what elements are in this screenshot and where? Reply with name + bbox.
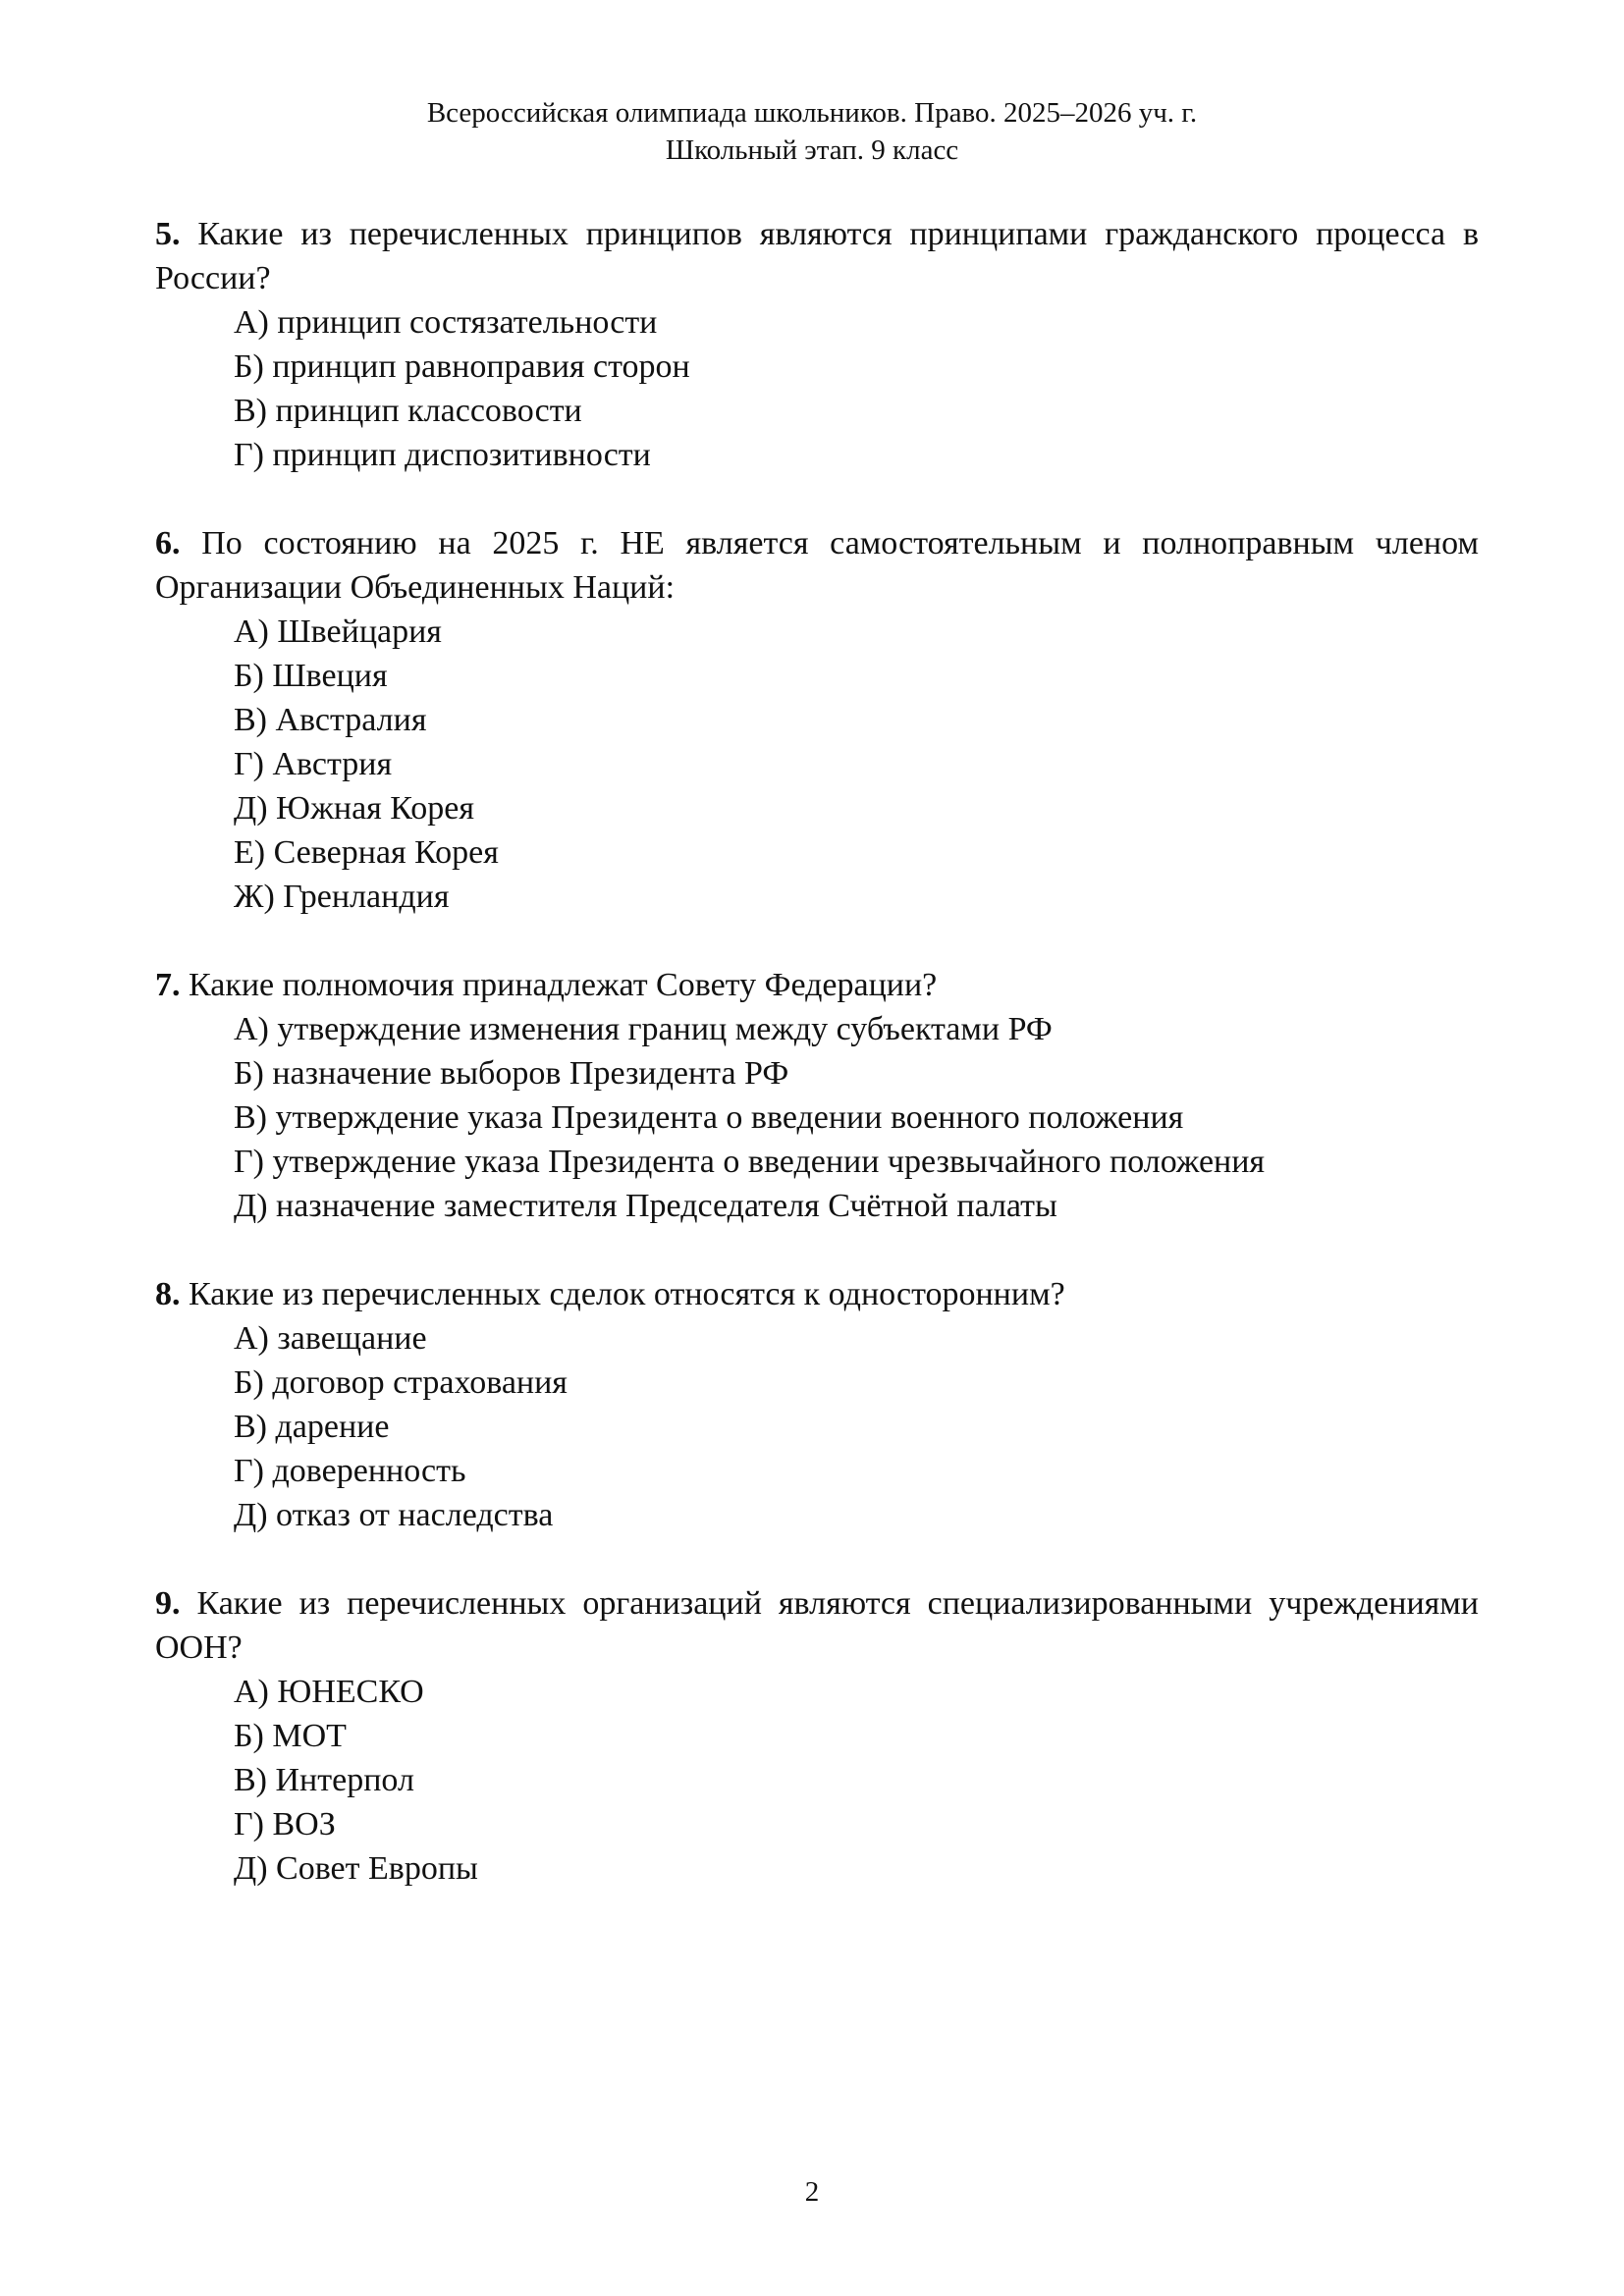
answer-option: Г) доверенность (234, 1449, 1479, 1493)
answer-option: В) принцип классовости (234, 389, 1479, 433)
answer-option: Б) МОТ (234, 1714, 1479, 1758)
answer-option: Д) Южная Корея (234, 786, 1479, 830)
answer-option: Д) Совет Европы (234, 1846, 1479, 1891)
answer-option: А) утверждение изменения границ между су… (234, 1007, 1479, 1051)
answer-options: А) Швейцария Б) Швеция В) Австралия Г) А… (155, 610, 1479, 919)
question-text: 6. По состоянию на 2025 г. НЕ является с… (155, 521, 1479, 610)
answer-option: Г) ВОЗ (234, 1802, 1479, 1846)
answer-option: А) Швейцария (234, 610, 1479, 654)
question-9: 9. Какие из перечисленных организаций яв… (155, 1581, 1479, 1891)
question-text: 5. Какие из перечисленных принципов явля… (155, 212, 1479, 300)
answer-option: В) Австралия (234, 698, 1479, 742)
answer-options: А) завещание Б) договор страхования В) д… (155, 1316, 1479, 1537)
question-number: 8. (155, 1276, 181, 1312)
answer-option: Г) принцип диспозитивности (234, 433, 1479, 477)
question-6: 6. По состоянию на 2025 г. НЕ является с… (155, 521, 1479, 919)
question-number: 6. (155, 525, 181, 561)
answer-option: Е) Северная Корея (234, 830, 1479, 875)
document-page: Всероссийская олимпиада школьников. Прав… (0, 0, 1624, 2296)
question-5: 5. Какие из перечисленных принципов явля… (155, 212, 1479, 477)
question-body: По состоянию на 2025 г. НЕ является само… (155, 525, 1479, 606)
header-stage-grade: Школьный этап. 9 класс (0, 132, 1624, 169)
question-text: 9. Какие из перечисленных организаций яв… (155, 1581, 1479, 1670)
answer-options: А) утверждение изменения границ между су… (155, 1007, 1479, 1228)
question-text: 8. Какие из перечисленных сделок относят… (155, 1272, 1479, 1316)
answer-option: Д) назначение заместителя Председателя С… (234, 1184, 1479, 1228)
answer-options: А) ЮНЕСКО Б) МОТ В) Интерпол Г) ВОЗ Д) С… (155, 1670, 1479, 1891)
page-number: 2 (0, 2174, 1624, 2210)
question-body: Какие полномочия принадлежат Совету Феде… (189, 967, 937, 1003)
answer-options: А) принцип состязательности Б) принцип р… (155, 300, 1479, 477)
question-text: 7. Какие полномочия принадлежат Совету Ф… (155, 963, 1479, 1007)
question-8: 8. Какие из перечисленных сделок относят… (155, 1272, 1479, 1537)
answer-option: Б) договор страхования (234, 1361, 1479, 1405)
answer-option: Б) назначение выборов Президента РФ (234, 1051, 1479, 1095)
answer-option: Б) Швеция (234, 654, 1479, 698)
question-number: 5. (155, 216, 181, 252)
answer-option: А) принцип состязательности (234, 300, 1479, 345)
answer-option: Г) Австрия (234, 742, 1479, 786)
answer-option: В) дарение (234, 1405, 1479, 1449)
answer-option: Д) отказ от наследства (234, 1493, 1479, 1537)
question-number: 7. (155, 967, 181, 1003)
answer-option: В) Интерпол (234, 1758, 1479, 1802)
answer-option: А) завещание (234, 1316, 1479, 1361)
answer-option: В) утверждение указа Президента о введен… (234, 1095, 1479, 1140)
answer-option: Ж) Гренландия (234, 875, 1479, 919)
question-body: Какие из перечисленных принципов являютс… (155, 216, 1479, 296)
question-7: 7. Какие полномочия принадлежат Совету Ф… (155, 963, 1479, 1228)
header-olympiad-title: Всероссийская олимпиада школьников. Прав… (0, 94, 1624, 132)
questions-list: 5. Какие из перечисленных принципов явля… (155, 212, 1479, 1935)
question-number: 9. (155, 1585, 181, 1622)
answer-option: Г) утверждение указа Президента о введен… (234, 1140, 1479, 1184)
question-body: Какие из перечисленных организаций являю… (155, 1585, 1479, 1666)
answer-option: А) ЮНЕСКО (234, 1670, 1479, 1714)
answer-option: Б) принцип равноправия сторон (234, 345, 1479, 389)
question-body: Какие из перечисленных сделок относятся … (189, 1276, 1065, 1312)
page-header: Всероссийская олимпиада школьников. Прав… (0, 94, 1624, 169)
